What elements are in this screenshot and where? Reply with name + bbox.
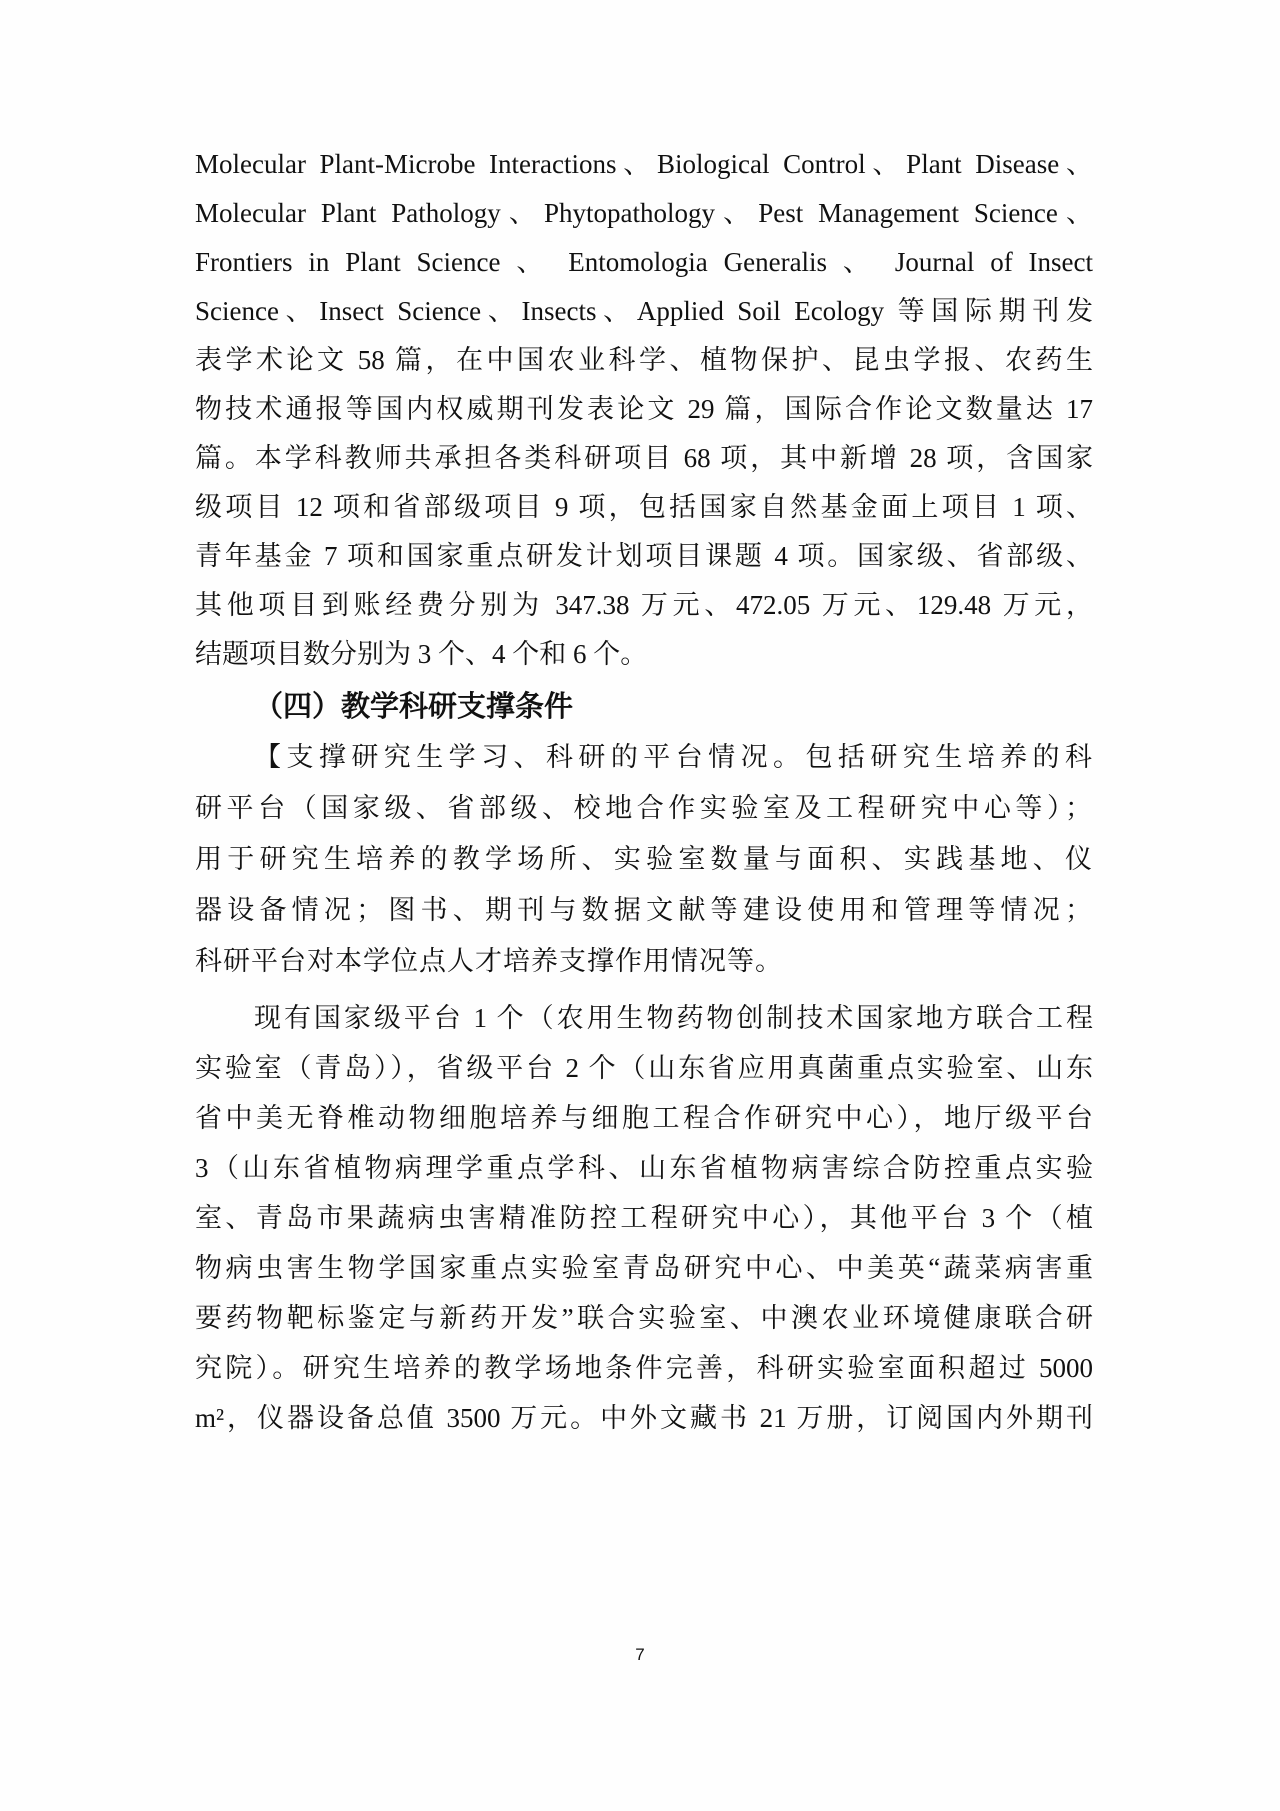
section-heading: （四）教学科研支撑条件 [254,686,573,726]
para1-line-3: Frontiers in Plant Science 、 Entomologia… [195,242,1093,282]
para1-line-11: 结题项目数分别为 3 个、4 个和 6 个。 [195,634,1093,674]
para2-line-4: 3（山东省植物病理学重点学科、山东省植物病害综合防控重点实验 [195,1148,1093,1188]
para2-line-6: 物病虫害生物学国家重点实验室青岛研究中心、中美英“蔬菜病害重 [195,1248,1093,1288]
para1-line-2: Molecular Plant Pathology、Phytopathology… [195,193,1093,233]
para1-line-8: 级项目 12 项和省部级项目 9 项，包括国家自然基金面上项目 1 项、 [195,487,1093,527]
para2-line-1: 现有国家级平台 1 个（农用生物药物创制技术国家地方联合工程 [254,998,1093,1038]
para1-line-9: 青年基金 7 项和国家重点研发计划项目课题 4 项。国家级、省部级、 [195,536,1093,576]
para2-line-9: m²，仪器设备总值 3500 万元。中外文藏书 21 万册，订阅国内外期刊 [195,1398,1093,1438]
para1-line-4: Science、Insect Science、Insects、Applied S… [195,291,1093,331]
para1-line-1: Molecular Plant-Microbe Interactions、Bio… [195,144,1093,184]
guide-line-4: 器设备情况；图书、期刊与数据文献等建设使用和管理等情况； [195,891,1093,931]
para1-line-5: 表学术论文 58 篇，在中国农业科学、植物保护、昆虫学报、农药生 [195,340,1093,380]
guide-line-5: 科研平台对本学位点人才培养支撑作用情况等。 [195,942,1093,982]
para2-line-3: 省中美无脊椎动物细胞培养与细胞工程合作研究中心），地厅级平台 [195,1098,1093,1138]
para1-line-10: 其他项目到账经费分别为 347.38 万元、472.05 万元、129.48 万… [195,585,1093,625]
document-page: Molecular Plant-Microbe Interactions、Bio… [0,0,1280,1811]
guide-line-3: 用于研究生培养的教学场所、实验室数量与面积、实践基地、仪 [195,840,1093,880]
para2-line-2: 实验室（青岛）），省级平台 2 个（山东省应用真菌重点实验室、山东 [195,1048,1093,1088]
guide-line-1: 【支撑研究生学习、科研的平台情况。包括研究生培养的科 [254,738,1093,778]
para2-line-7: 要药物靶标鉴定与新药开发”联合实验室、中澳农业环境健康联合研 [195,1298,1093,1338]
para2-line-5: 室、青岛市果蔬病虫害精准防控工程研究中心），其他平台 3 个（植 [195,1198,1093,1238]
guide-line-2: 研平台（国家级、省部级、校地合作实验室及工程研究中心等）； [195,789,1093,829]
para1-line-6: 物技术通报等国内权威期刊发表论文 29 篇，国际合作论文数量达 17 [195,389,1093,429]
page-number: 7 [0,1645,1280,1665]
para2-line-8: 究院）。研究生培养的教学场地条件完善，科研实验室面积超过 5000 [195,1348,1093,1388]
para1-line-7: 篇。本学科教师共承担各类科研项目 68 项，其中新增 28 项，含国家 [195,438,1093,478]
